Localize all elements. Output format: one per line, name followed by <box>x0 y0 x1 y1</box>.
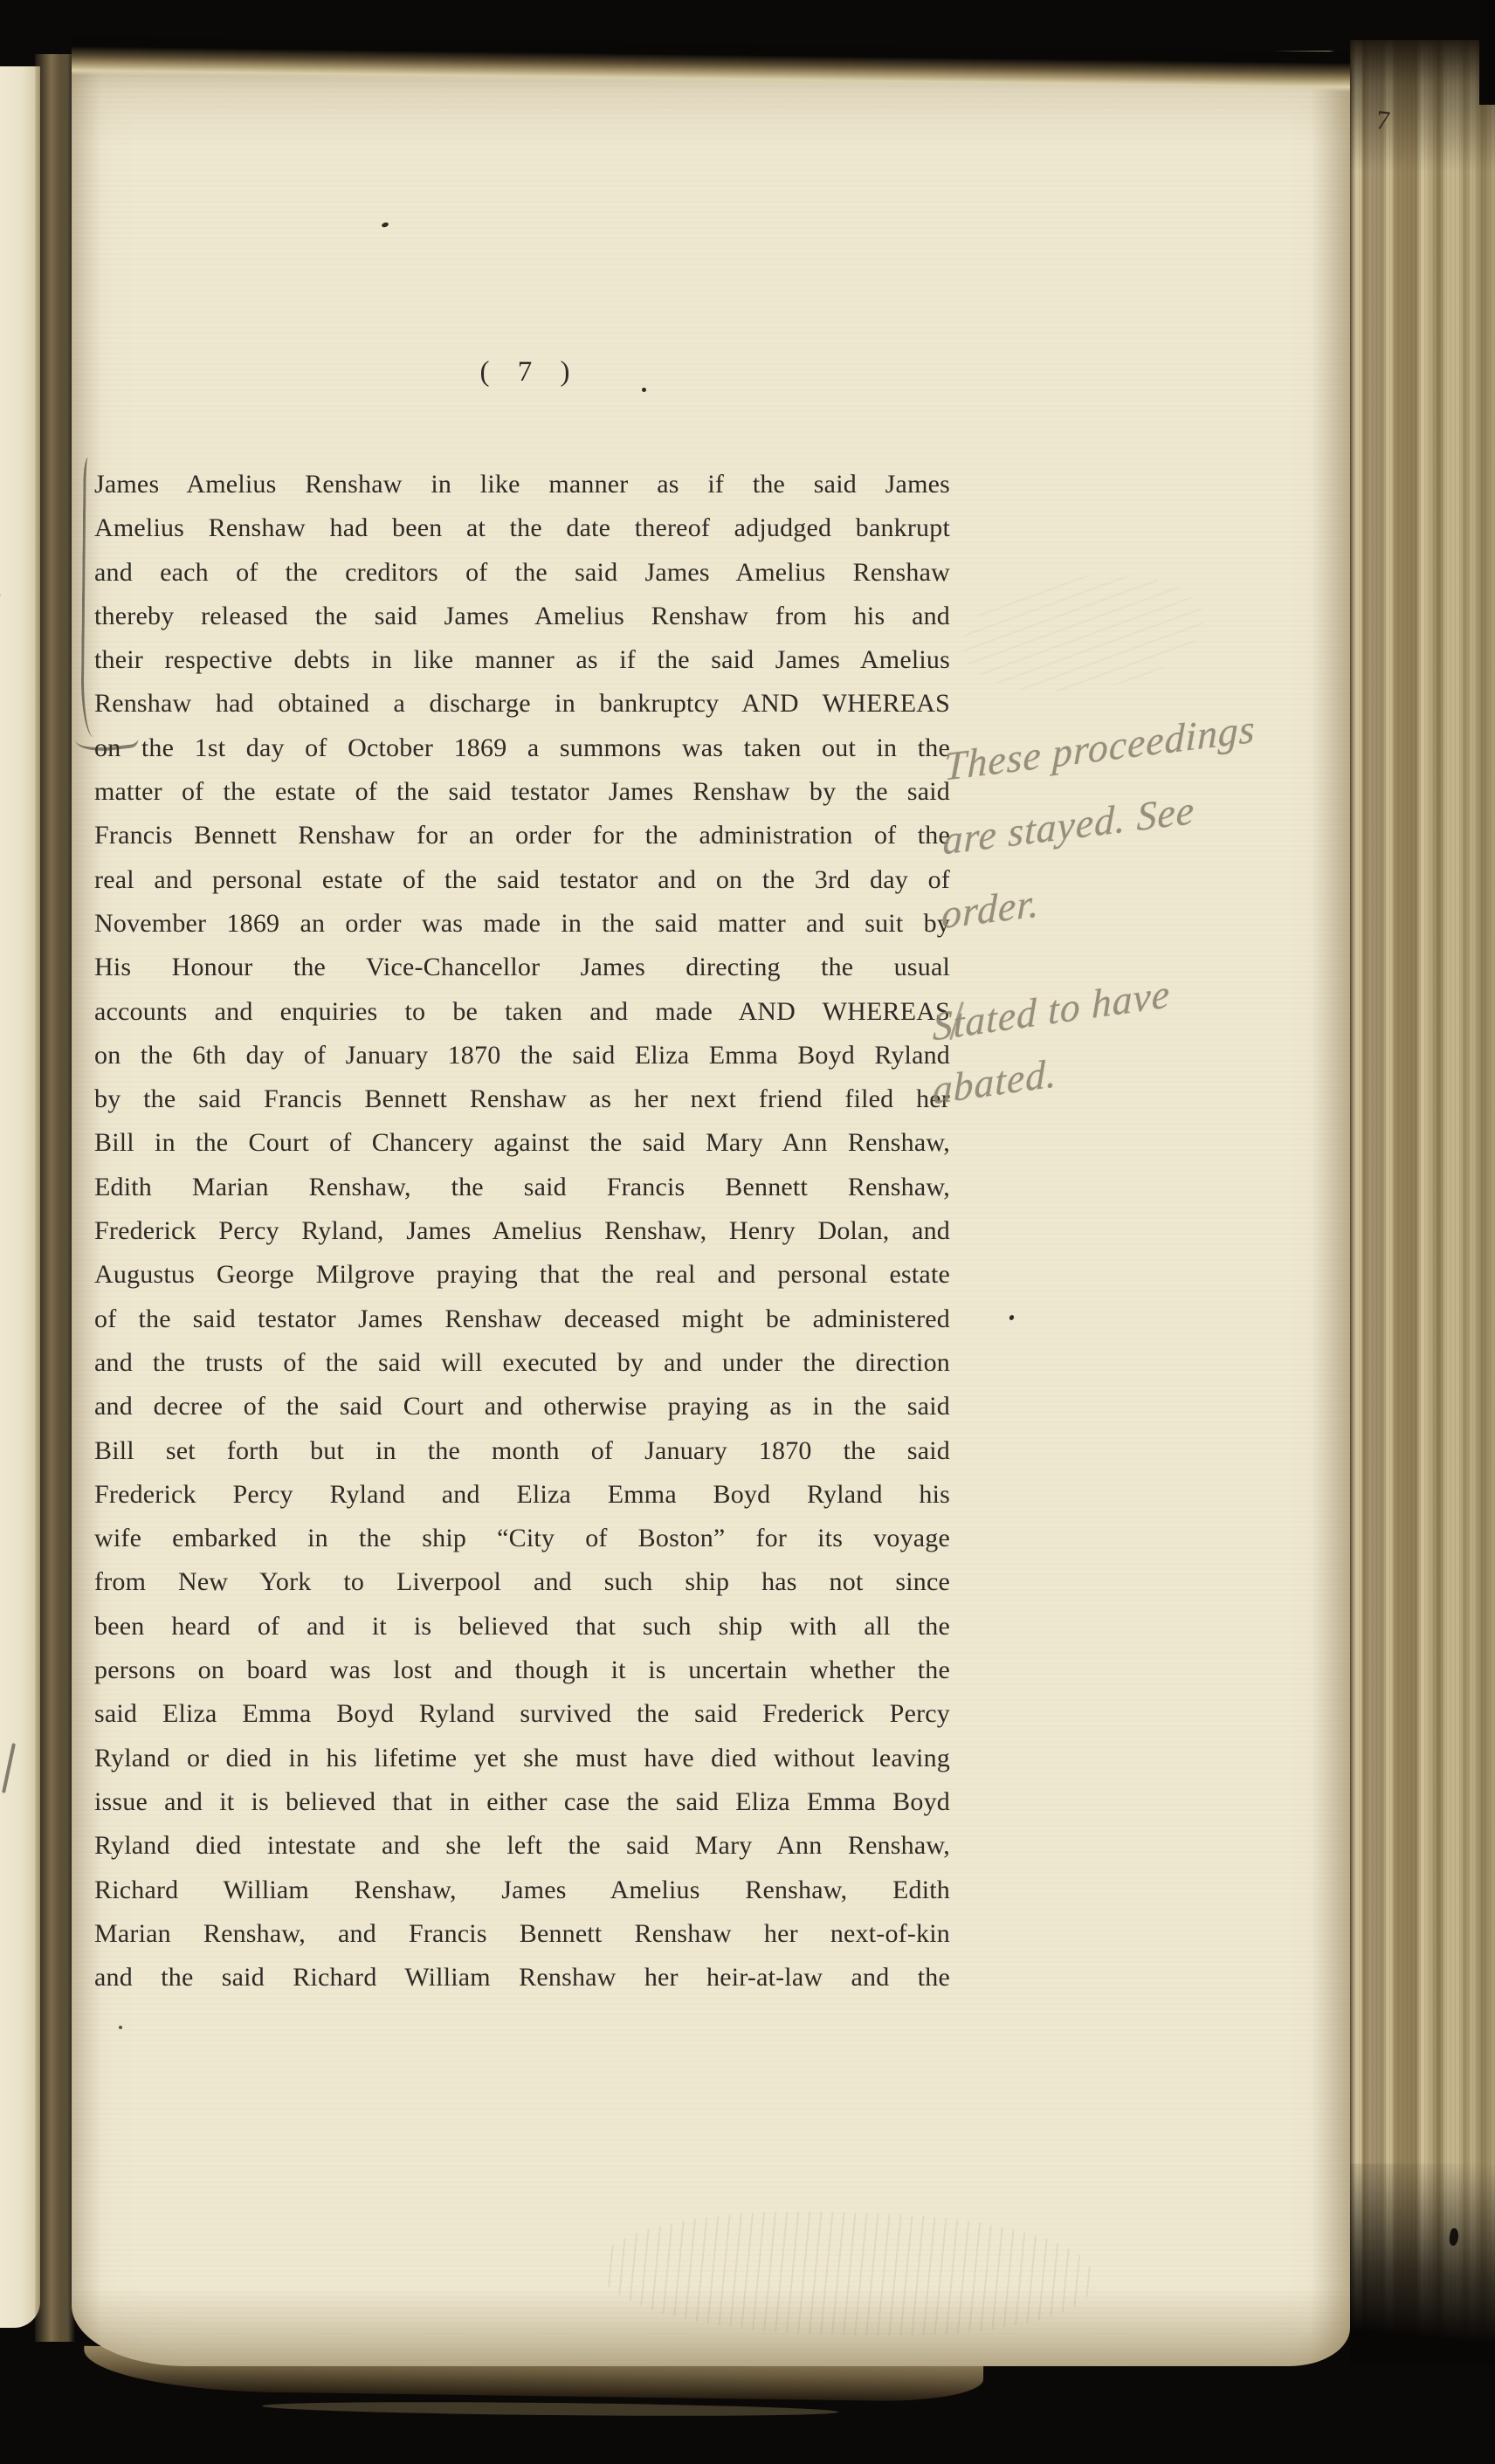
ink-speck <box>119 2026 122 2029</box>
text-line: Bill set forth but in the month of Janua… <box>94 1429 950 1473</box>
text-line: persons on board was lost and though it … <box>94 1648 950 1692</box>
text-line: James Amelius Renshaw in like manner as … <box>94 463 950 506</box>
gutter-shadow <box>35 54 75 2342</box>
text-line: November 1869 an order was made in the s… <box>94 902 950 946</box>
text-line: and the said Richard William Renshaw her… <box>94 1956 950 1999</box>
text-line: Bill in the Court of Chancery against th… <box>94 1121 950 1165</box>
text-line: their respective debts in like manner as… <box>94 638 950 682</box>
text-line: Frederick Percy Ryland and Eliza Emma Bo… <box>94 1473 950 1517</box>
text-line: from New York to Liverpool and such ship… <box>94 1560 950 1604</box>
text-line: thereby released the said James Amelius … <box>94 595 950 638</box>
book-fore-edge <box>1350 40 1495 2364</box>
text-line: matter of the estate of the said testato… <box>94 770 950 814</box>
body-text: James Amelius Renshaw in like manner as … <box>94 463 950 1999</box>
text-line: Francis Bennett Renshaw for an order for… <box>94 814 950 857</box>
page-number: ( 7 ) <box>447 356 604 389</box>
text-line: issue and it is believed that in either … <box>94 1780 950 1824</box>
under-page-edge-line <box>262 2400 838 2419</box>
text-fragment: f <box>0 471 10 501</box>
text-fragment: r <box>0 634 10 664</box>
text-line: been heard of and it is believed that su… <box>94 1605 950 1648</box>
text-line: and each of the creditors of the said Ja… <box>94 551 950 595</box>
text-line: Frederick Percy Ryland, James Amelius Re… <box>94 1209 950 1253</box>
text-line: and the trusts of the said will executed… <box>94 1341 950 1385</box>
text-line: by the said Francis Bennett Renshaw as h… <box>94 1077 950 1121</box>
text-line: Ryland or died in his lifetime yet she m… <box>94 1737 950 1780</box>
scanned-book-photo: { "page": { "number": "( 7 )", "edge_num… <box>0 0 1495 2464</box>
text-line: Augustus George Milgrove praying that th… <box>94 1253 950 1297</box>
text-line: Ryland died intestate and she left the s… <box>94 1824 950 1868</box>
text-fragment: l <box>0 526 10 555</box>
text-line: Amelius Renshaw had been at the date the… <box>94 506 950 550</box>
text-line: Marian Renshaw, and Francis Bennett Rens… <box>94 1912 950 1956</box>
text-line: wife embarked in the ship “City of Bosto… <box>94 1517 950 1560</box>
text-line: accounts and enquiries to be taken and m… <box>94 990 950 1034</box>
text-line: and decree of the said Court and otherwi… <box>94 1385 950 1428</box>
text-line: real and personal estate of the said tes… <box>94 858 950 902</box>
text-line: on the 6th day of January 1870 the said … <box>94 1034 950 1077</box>
text-line: said Eliza Emma Boyd Ryland survived the… <box>94 1692 950 1736</box>
text-line: on the 1st day of October 1869 a summons… <box>94 726 950 770</box>
ink-speck <box>642 388 646 392</box>
text-line: Edith Marian Renshaw, the said Francis B… <box>94 1166 950 1209</box>
text-line: Renshaw had obtained a discharge in bank… <box>94 682 950 726</box>
text-line: of the said testator James Renshaw decea… <box>94 1297 950 1341</box>
handwritten-annotation-stayed: These proceedings are stayed. See order. <box>941 683 1326 952</box>
text-fragment: e <box>0 580 10 609</box>
background-corner <box>1479 0 1495 105</box>
text-line: Richard William Renshaw, James Amelius R… <box>94 1869 950 1912</box>
text-line: His Honour the Vice-Chancellor James dir… <box>94 946 950 989</box>
